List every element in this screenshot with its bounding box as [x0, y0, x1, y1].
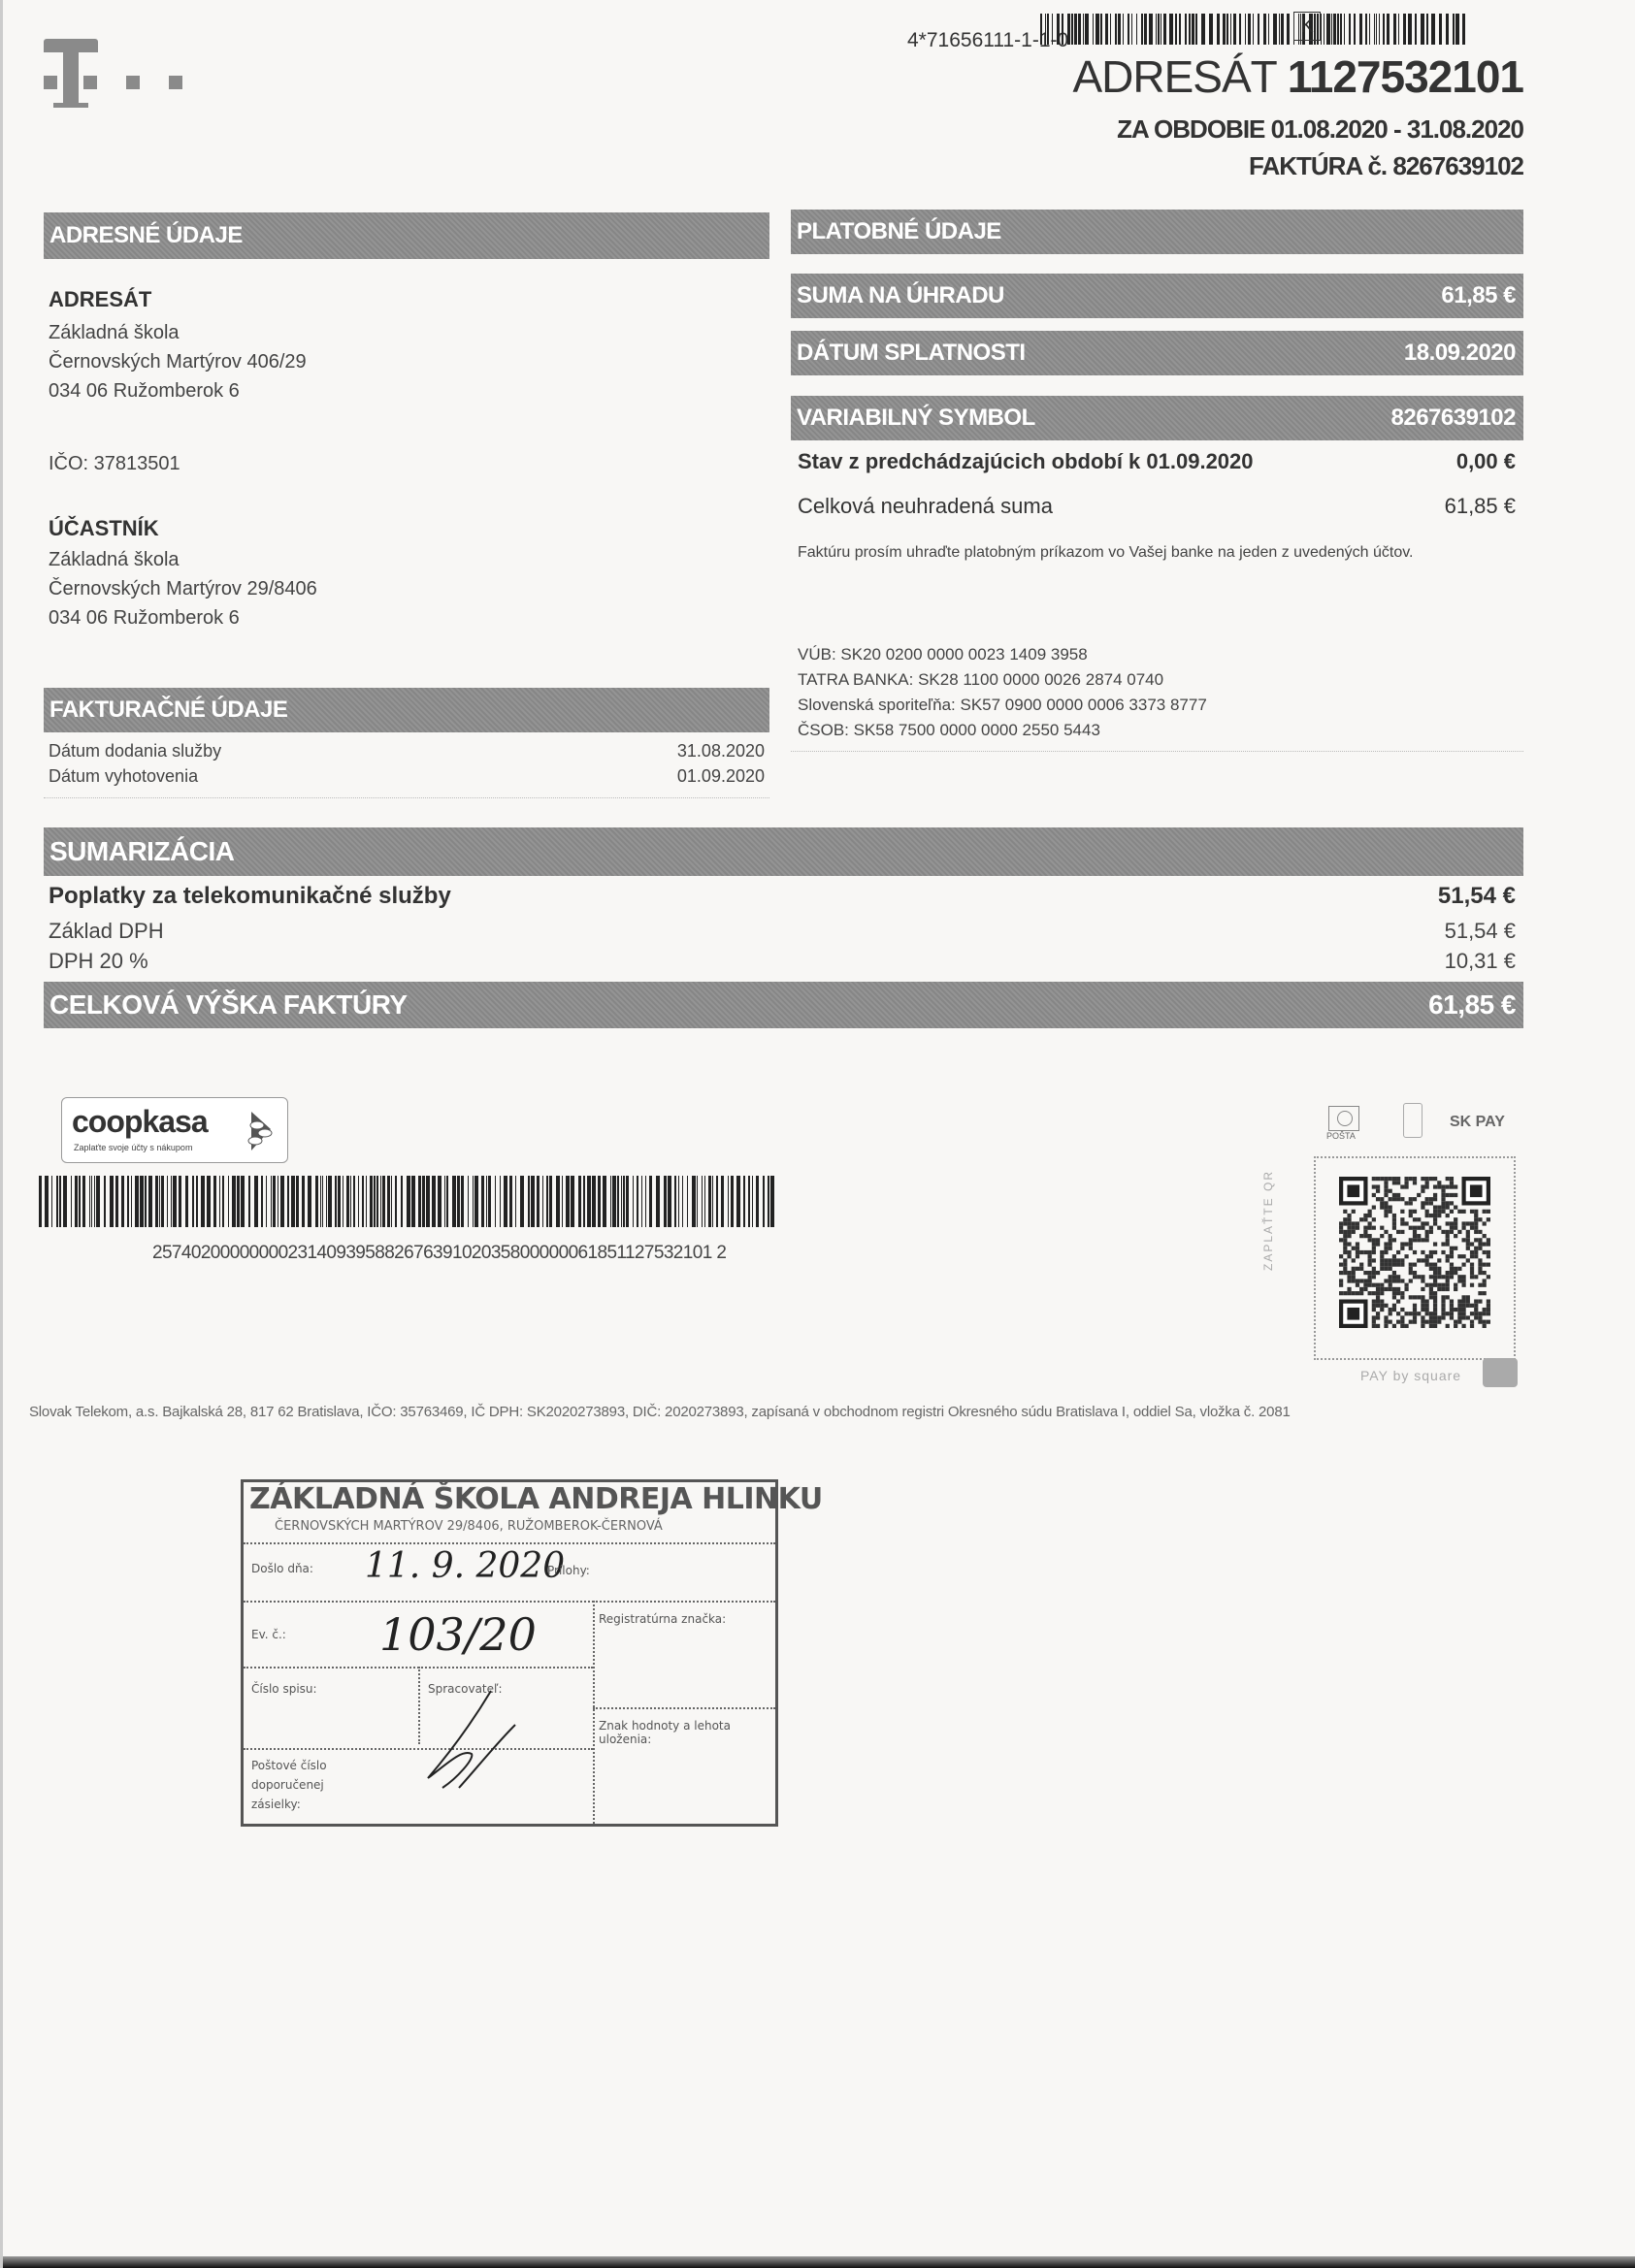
stamp-postal-label: Poštové číslo doporučenej zásielky: — [251, 1756, 348, 1814]
adresat-label: ADRESÁT — [1072, 51, 1275, 102]
variable-symbol-bar: VARIABILNÝ SYMBOL 8267639102 — [791, 396, 1523, 440]
stamp-file-label: Číslo spisu: — [251, 1682, 317, 1696]
vat-base-row: Základ DPH 51,54 € — [49, 919, 1516, 944]
stamp-ev-label: Ev. č.: — [251, 1628, 286, 1641]
stamp-subtitle: ČERNOVSKÝCH MARTÝROV 29/8406, RUŽOMBEROK… — [275, 1519, 663, 1534]
stamp-attachments-label: Prílohy: — [547, 1564, 590, 1577]
posta-logo-icon: POŠTA — [1323, 1106, 1357, 1145]
invoice-total-bar: CELKOVÁ VÝŠKA FAKTÚRY 61,85 € — [44, 982, 1523, 1028]
recipient-address: Základná škola Černovských Martýrov 406/… — [49, 318, 307, 405]
participant-address: Základná škola Černovských Martýrov 29/8… — [49, 545, 317, 632]
unpaid-total-row: Celková neuhradená suma 61,85 € — [798, 494, 1516, 519]
stamp-line — [244, 1601, 775, 1603]
summary-section-header: SUMARIZÁCIA — [44, 827, 1523, 876]
adresat-number: 1127532101 — [1288, 51, 1523, 102]
coins-icon — [242, 1112, 275, 1150]
scan-edge — [0, 0, 3, 2268]
stamp-value-label: Znak hodnoty a lehota uloženia: — [599, 1719, 754, 1746]
bank-accounts: VÚB: SK20 0200 0000 0023 1409 3958 TATRA… — [798, 642, 1207, 743]
logo-dot-icon — [44, 76, 57, 89]
payment-note: Faktúru prosím uhraďte platobným príkazo… — [798, 544, 1413, 562]
bank-account: TATRA BANKA: SK28 1100 0000 0026 2874 07… — [798, 667, 1207, 693]
signature-icon — [418, 1686, 525, 1793]
coopkasa-brand: coopkasa — [72, 1104, 208, 1140]
pay-by-square-label: PAY by square — [1360, 1368, 1461, 1383]
fees-row: Poplatky za telekomunikačné služby 51,54… — [49, 883, 1516, 910]
payment-barcode — [39, 1176, 779, 1227]
logo-dot-icon — [83, 76, 97, 89]
receipt-stamp: ZÁKLADNÁ ŠKOLA ANDREJA HLINKU ČERNOVSKÝC… — [241, 1479, 778, 1827]
scan-edge — [0, 2256, 1635, 2268]
invoice-number: FAKTÚRA č. 8267639102 — [1249, 151, 1523, 181]
logo-dot-icon — [126, 76, 140, 89]
stamp-registry-label: Registratúrna značka: — [599, 1612, 726, 1626]
stamp-line — [593, 1601, 595, 1824]
k-mark: K — [1293, 12, 1321, 41]
adresat-header: ADRESÁT 1127532101 — [1072, 50, 1523, 103]
amount-due-bar: SUMA NA ÚHRADU 61,85 € — [791, 274, 1523, 318]
billing-period: ZA OBDOBIE 01.08.2020 - 31.08.2020 — [1117, 114, 1523, 145]
barcode-number: 2574020000000023140939588267639102035800… — [152, 1243, 726, 1264]
bank-account: ČSOB: SK58 7500 0000 0000 2550 5443 — [798, 718, 1207, 743]
telekom-logo-icon — [44, 39, 98, 109]
vat-row: DPH 20 % 10,31 € — [49, 949, 1516, 974]
qr-side-text: ZAPLAŤTE QR — [1261, 1170, 1275, 1271]
billing-section-header: FAKTURAČNÉ ÚDAJE — [44, 688, 769, 732]
payment-section-header: PLATOBNÉ ÚDAJE — [791, 210, 1523, 254]
legal-footer: Slovak Telekom, a.s. Bajkalská 28, 817 6… — [29, 1404, 1291, 1420]
stamp-ev-number: 103/20 — [379, 1608, 537, 1661]
bank-account: VÚB: SK20 0200 0000 0023 1409 3958 — [798, 642, 1207, 667]
pay-by-square-badge-icon — [1483, 1358, 1518, 1387]
billing-row: Dátum vyhotovenia 01.09.2020 — [49, 766, 765, 787]
coopkasa-tagline: Zaplaťte svoje účty s nákupom — [74, 1143, 192, 1152]
stamp-line — [593, 1707, 775, 1709]
recipient-heading: ADRESÁT — [49, 287, 151, 312]
ico: IČO: 37813501 — [49, 453, 180, 475]
top-barcode — [1040, 14, 1467, 45]
divider — [44, 797, 769, 798]
pay-by-square-qr-code — [1339, 1177, 1490, 1328]
participant-heading: ÚČASTNÍK — [49, 516, 159, 541]
due-date-bar: DÁTUM SPLATNOSTI 18.09.2020 — [791, 331, 1523, 375]
coopkasa-logo: coopkasa Zaplaťte svoje účty s nákupom — [61, 1097, 288, 1163]
billing-row: Dátum dodania služby 31.08.2020 — [49, 741, 765, 761]
phone-icon — [1403, 1103, 1422, 1138]
stamp-received-date: 11. 9. 2020 — [365, 1546, 565, 1586]
address-section-header: ADRESNÉ ÚDAJE — [44, 212, 769, 259]
stamp-title: ZÁKLADNÁ ŠKOLA ANDREJA HLINKU — [249, 1482, 823, 1516]
previous-balance-row: Stav z predchádzajúcich období k 01.09.2… — [798, 449, 1516, 474]
stamp-line — [244, 1542, 775, 1544]
stamp-received-label: Došlo dňa: — [251, 1562, 313, 1575]
divider — [791, 751, 1523, 752]
logo-dot-icon — [169, 76, 182, 89]
sk-pay-logo-icon: SK PAY — [1450, 1114, 1505, 1131]
bank-account: Slovenská sporiteľňa: SK57 0900 0000 000… — [798, 693, 1207, 718]
